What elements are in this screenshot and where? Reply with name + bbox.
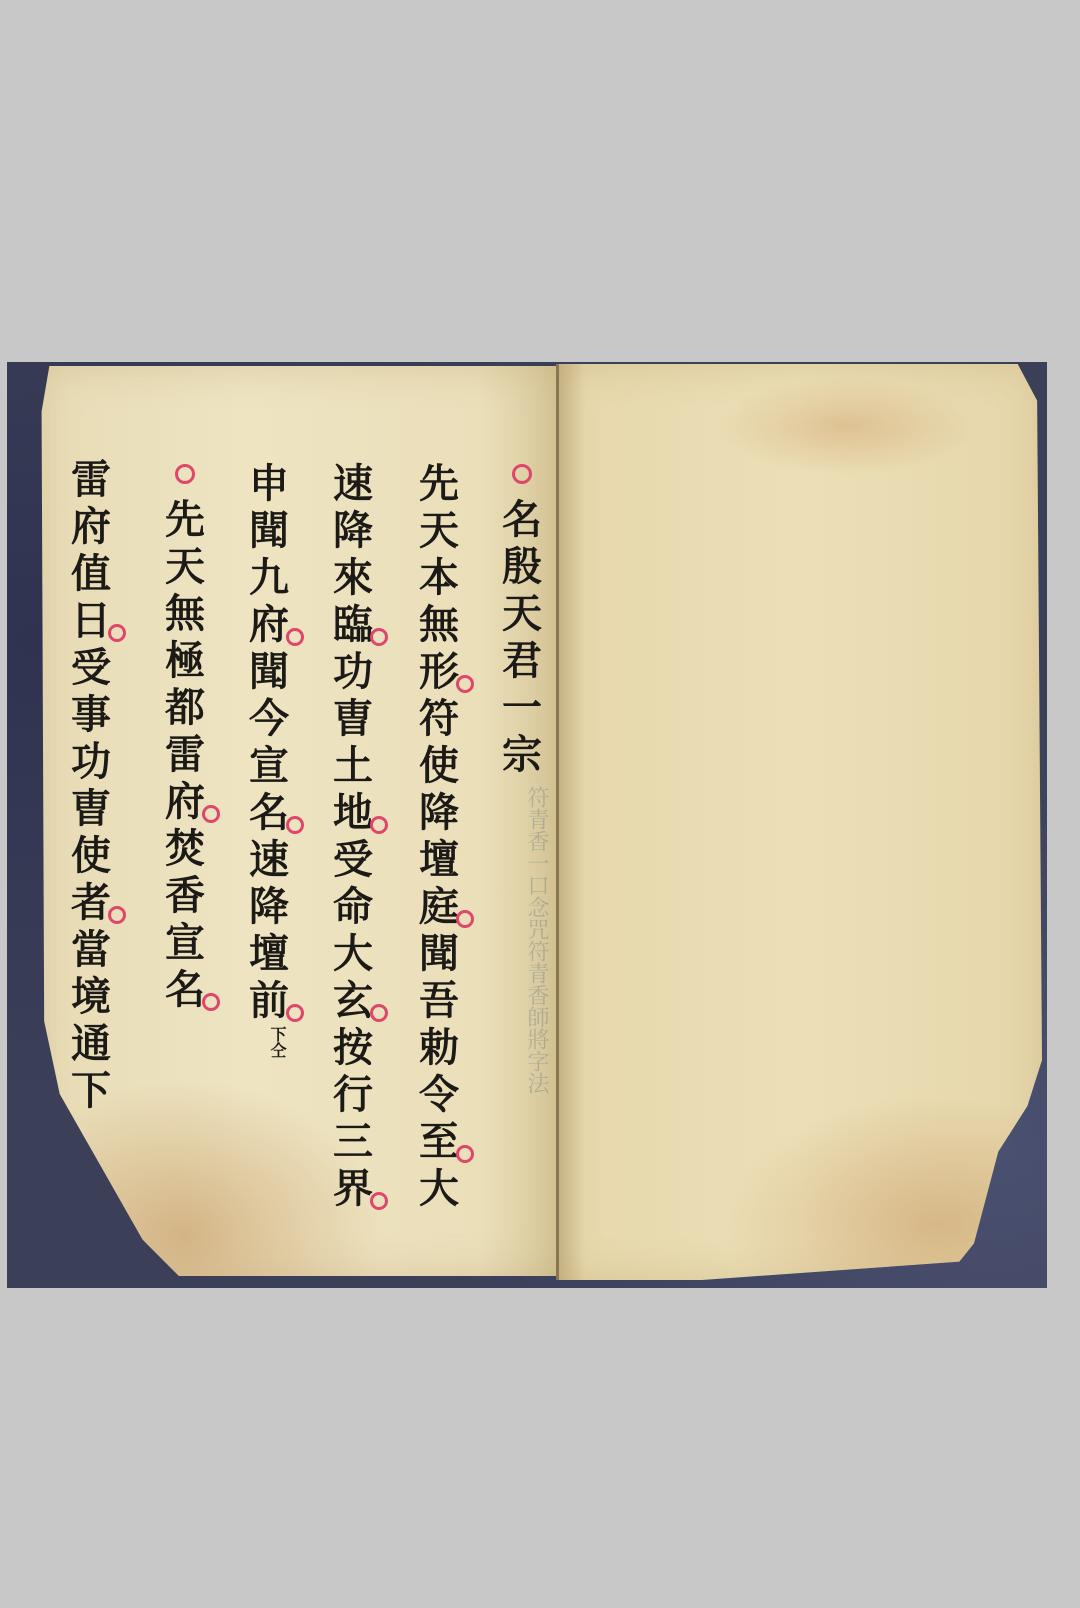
manuscript-character: 壇: [244, 930, 294, 977]
manuscript-character: 速: [328, 460, 378, 507]
text-column-1: 名殷天君一宗: [492, 464, 552, 778]
book-spine: [556, 364, 559, 1280]
manuscript-character: 事: [66, 691, 116, 738]
manuscript-character: 受: [66, 644, 116, 691]
text-column-4: 申聞九府聞今宣名速降壇前下仝: [239, 460, 299, 1058]
manuscript-character: 雷: [160, 731, 210, 778]
manuscript-character: 都: [160, 684, 210, 731]
manuscript-character: 令: [414, 1071, 464, 1118]
manuscript-character: 極: [160, 637, 210, 684]
manuscript-character: 曺: [328, 695, 378, 742]
bleed-through-text: 符青香一口念咒符青香師將字法: [509, 786, 549, 1606]
manuscript-character: 申: [244, 460, 294, 507]
manuscript-character: 前: [244, 977, 294, 1024]
manuscript-character: 行: [328, 1071, 378, 1118]
manuscript-character: 速: [244, 836, 294, 883]
manuscript-character: 降: [244, 883, 294, 930]
manuscript-character: 天: [497, 590, 547, 637]
manuscript-character: 聞: [244, 507, 294, 554]
manuscript-character: 境: [66, 973, 116, 1020]
manuscript-character: 使: [66, 832, 116, 879]
punctuation-circle-icon: [512, 464, 532, 484]
manuscript-character: 聞: [414, 930, 464, 977]
manuscript-character: 焚: [160, 825, 210, 872]
manuscript-character: 界: [328, 1165, 378, 1212]
manuscript-character: 受: [328, 836, 378, 883]
manuscript-character: 降: [328, 507, 378, 554]
manuscript-character: 雷: [66, 456, 116, 503]
manuscript-character: 命: [328, 883, 378, 930]
manuscript-character: 土: [328, 742, 378, 789]
manuscript-character: 形: [414, 648, 464, 695]
manuscript-character: 按: [328, 1024, 378, 1071]
manuscript-character: 降: [414, 789, 464, 836]
manuscript-character: 功: [328, 648, 378, 695]
right-page: [556, 364, 1042, 1280]
manuscript-character: 府: [244, 601, 294, 648]
manuscript-character: 地: [328, 789, 378, 836]
manuscript-character: 當: [66, 926, 116, 973]
manuscript-character: 府: [66, 503, 116, 550]
manuscript-character: 香: [160, 872, 210, 919]
manuscript-character: 宗: [497, 731, 547, 778]
text-column-5: 先天無極都雷府焚香宣名: [155, 464, 215, 1013]
water-stain: [706, 1084, 1036, 1284]
manuscript-character: 本: [414, 554, 464, 601]
manuscript-character: 壇: [414, 836, 464, 883]
manuscript-character: 曺: [66, 785, 116, 832]
manuscript-character: 君: [497, 637, 547, 684]
manuscript-character: 聞: [244, 648, 294, 695]
manuscript-character: 下: [66, 1067, 116, 1114]
text-column-6: 雷府值日受事功曺使者當境通下: [61, 456, 121, 1114]
manuscript-character: 吾: [414, 977, 464, 1024]
manuscript-character: 臨: [328, 601, 378, 648]
manuscript-character: 殷: [497, 543, 547, 590]
left-page: 符青香一口念咒符青香師將字法 名殷天君一宗 先天本無形符使降壇庭聞吾勅令至大 速…: [39, 366, 557, 1276]
manuscript-character: 名: [244, 789, 294, 836]
foxing-stain: [716, 376, 976, 476]
manuscript-character: 符: [414, 695, 464, 742]
manuscript-character: 先: [160, 496, 210, 543]
manuscript-character: 名: [160, 966, 210, 1013]
manuscript-character: 日: [66, 597, 116, 644]
manuscript-character: 大: [328, 930, 378, 977]
manuscript-character: 至: [414, 1118, 464, 1165]
manuscript-character: 宣: [160, 919, 210, 966]
manuscript-character: 宣: [244, 742, 294, 789]
manuscript-character: 天: [414, 507, 464, 554]
manuscript-character: 勅: [414, 1024, 464, 1071]
punctuation-circle-icon: [175, 464, 195, 484]
manuscript-character: 功: [66, 738, 116, 785]
manuscript-character: 無: [414, 601, 464, 648]
annotation-note: 下仝: [268, 1026, 286, 1058]
manuscript-character: 名: [497, 496, 547, 543]
manuscript-character: 天: [160, 543, 210, 590]
manuscript-character: 值: [66, 550, 116, 597]
manuscript-character: 先: [414, 460, 464, 507]
manuscript-character: 府: [160, 778, 210, 825]
manuscript-character: 九: [244, 554, 294, 601]
manuscript-character: 庭: [414, 883, 464, 930]
manuscript-character: 者: [66, 879, 116, 926]
manuscript-character: 通: [66, 1020, 116, 1067]
manuscript-character: 來: [328, 554, 378, 601]
manuscript-character: 無: [160, 590, 210, 637]
manuscript-character: 一: [497, 684, 547, 731]
text-column-3: 速降來臨功曺土地受命大玄按行三界: [323, 460, 383, 1212]
manuscript-character: 大: [414, 1165, 464, 1212]
book-photo: 符青香一口念咒符青香師將字法 名殷天君一宗 先天本無形符使降壇庭聞吾勅令至大 速…: [7, 362, 1047, 1288]
manuscript-character: 玄: [328, 977, 378, 1024]
manuscript-character: 使: [414, 742, 464, 789]
manuscript-character: 三: [328, 1118, 378, 1165]
text-column-2: 先天本無形符使降壇庭聞吾勅令至大: [409, 460, 469, 1212]
manuscript-character: 今: [244, 695, 294, 742]
